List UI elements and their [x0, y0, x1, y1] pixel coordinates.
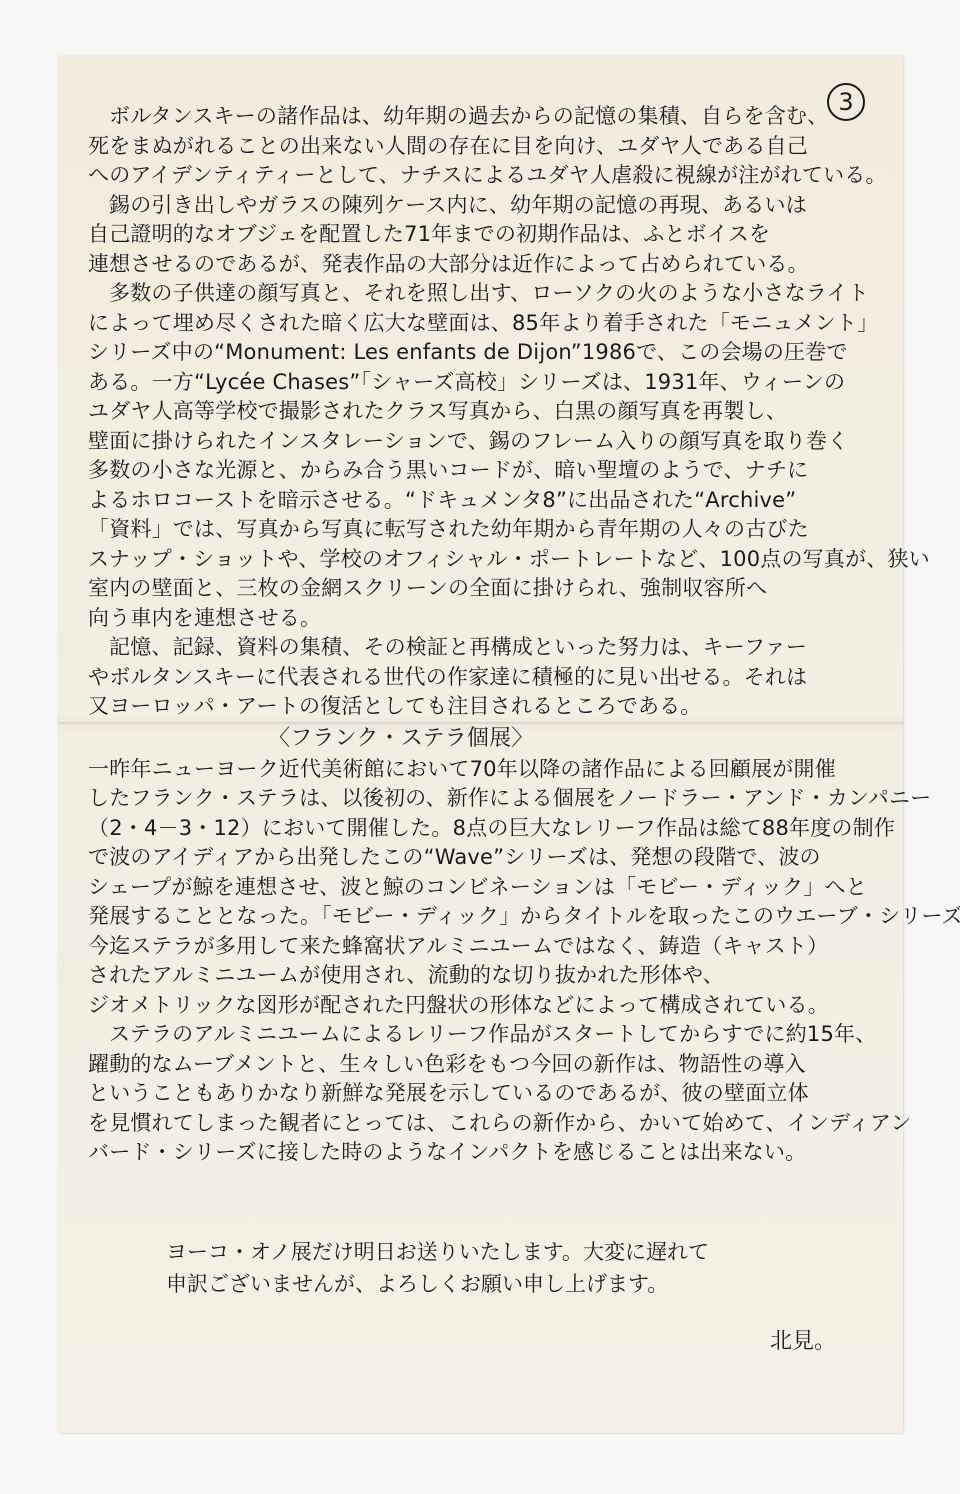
letter-body: ボルタンスキーの諸作品は、幼年期の過去からの記憶の集積、自らを含む、 死をまぬが…: [88, 102, 878, 1168]
text-line: ということもありかなり新鮮な発展を示しているのであるが、彼の壁面立体: [88, 1079, 878, 1109]
text-line: されたアルミニユームが使用され、流動的な切り抜かれた形体や、: [88, 961, 878, 991]
text-line: ユダヤ人高等学校で撮影されたクラス写真から、白黒の顔写真を再製し、: [88, 397, 878, 427]
text-line: ステラのアルミニユームによるレリーフ作品がスタートしてからすでに約15年、: [88, 1020, 878, 1050]
text-line: 今迄ステラが多用して来た蜂窩状アルミニユームではなく、鋳造（キャスト）: [88, 932, 878, 962]
text-line: 多数の子供達の顔写真と、それを照し出す、ローソクの火のような小さなライト: [88, 279, 878, 309]
text-line: 発展することとなった。「モビー・ディック」からタイトルを取ったこのウエーブ・シリ…: [88, 902, 878, 932]
text-line: 躍動的なムーブメントと、生々しい色彩をもつ今回の新作は、物語性の導入: [88, 1050, 878, 1080]
text-line: ボルタンスキーの諸作品は、幼年期の過去からの記憶の集積、自らを含む、: [88, 102, 878, 132]
text-line: ヨーコ・オノ展だけ明日お送りいたします。大変に遅れて: [166, 1236, 806, 1268]
text-line: シェープが鯨を連想させ、波と鯨のコンビネーションは「モビー・ディック」へと: [88, 873, 878, 903]
text-line: よるホロコーストを暗示させる。“ドキュメンタ8”に出品された“Archive”: [88, 486, 878, 516]
text-line: バード・シリーズに接した時のようなインパクトを感じることは出来ない。: [88, 1138, 878, 1168]
text-line: 多数の小さな光源と、からみ合う黒いコードが、暗い聖壇のようで、ナチに: [88, 456, 878, 486]
text-line: 室内の壁面と、三枚の金網スクリーンの全面に掛けられ、強制収容所へ: [88, 574, 878, 604]
text-line: 申訳ございませんが、よろしくお願い申し上げます。: [166, 1268, 806, 1300]
text-line: 又ヨーロッパ・アートの復活としても注目されるところである。: [88, 692, 878, 722]
text-line: 「資料」では、写真から写真に転写された幼年期から青年期の人々の古びた: [88, 515, 878, 545]
text-line: 死をまぬがれることの出来ない人間の存在に目を向け、ユダヤ人である自己: [88, 132, 878, 162]
text-line: したフランク・ステラは、以後初の、新作による個展をノードラー・アンド・カンパニー: [88, 784, 878, 814]
text-line: 自己證明的なオブジェを配置した71年までの初期作品は、ふとボイスを: [88, 220, 878, 250]
text-line: 壁面に掛けられたインスタレーションで、錫のフレーム入りの顔写真を取り巻く: [88, 427, 878, 457]
closing-note: ヨーコ・オノ展だけ明日お送りいたします。大変に遅れて 申訳ございませんが、よろし…: [166, 1236, 806, 1300]
text-line: シリーズ中の“Monument: Les enfants de Dijon”19…: [88, 338, 878, 368]
text-line: ジオメトリックな図形が配された円盤状の形体などによって構成されている。: [88, 991, 878, 1021]
text-line: スナップ・ショットや、学校のオフィシャル・ポートレートなど、100点の写真が、狭…: [88, 545, 878, 575]
text-line: （2・4－3・12）において開催した。8点の巨大なレリーフ作品は総て88年度の制…: [88, 814, 878, 844]
text-line: へのアイデンティティーとして、ナチスによるユダヤ人虐殺に視線が注がれている。: [88, 161, 878, 191]
section-heading: 〈フランク・ステラ個展〉: [88, 722, 878, 755]
text-line: を見慣れてしまった観者にとっては、これらの新作から、かいて始めて、インディアン: [88, 1109, 878, 1139]
signature: 北見。: [770, 1324, 836, 1355]
text-line: によって埋め尽くされた暗く広大な壁面は、85年より着手された「モニュメント」: [88, 309, 878, 339]
text-line: ある。一方“Lycée Chases”「シャーズ高校」シリーズは、1931年、ウ…: [88, 368, 878, 398]
text-line: 向う車内を連想させる。: [88, 604, 878, 634]
letter-page: 3 ボルタンスキーの諸作品は、幼年期の過去からの記憶の集積、自らを含む、 死をま…: [58, 56, 903, 1433]
text-line: 記憶、記録、資料の集積、その検証と再構成といった努力は、キーファー: [88, 633, 878, 663]
text-line: 連想させるのであるが、発表作品の大部分は近作によって占められている。: [88, 250, 878, 280]
text-line: 錫の引き出しやガラスの陳列ケース内に、幼年期の記憶の再現、あるいは: [88, 191, 878, 221]
text-line: 一昨年ニューヨーク近代美術館において70年以降の諸作品による回顧展が開催: [88, 755, 878, 785]
text-line: で波のアイディアから出発したこの“Wave”シリーズは、発想の段階で、波の: [88, 843, 878, 873]
text-line: やボルタンスキーに代表される世代の作家達に積極的に見い出せる。それは: [88, 663, 878, 693]
